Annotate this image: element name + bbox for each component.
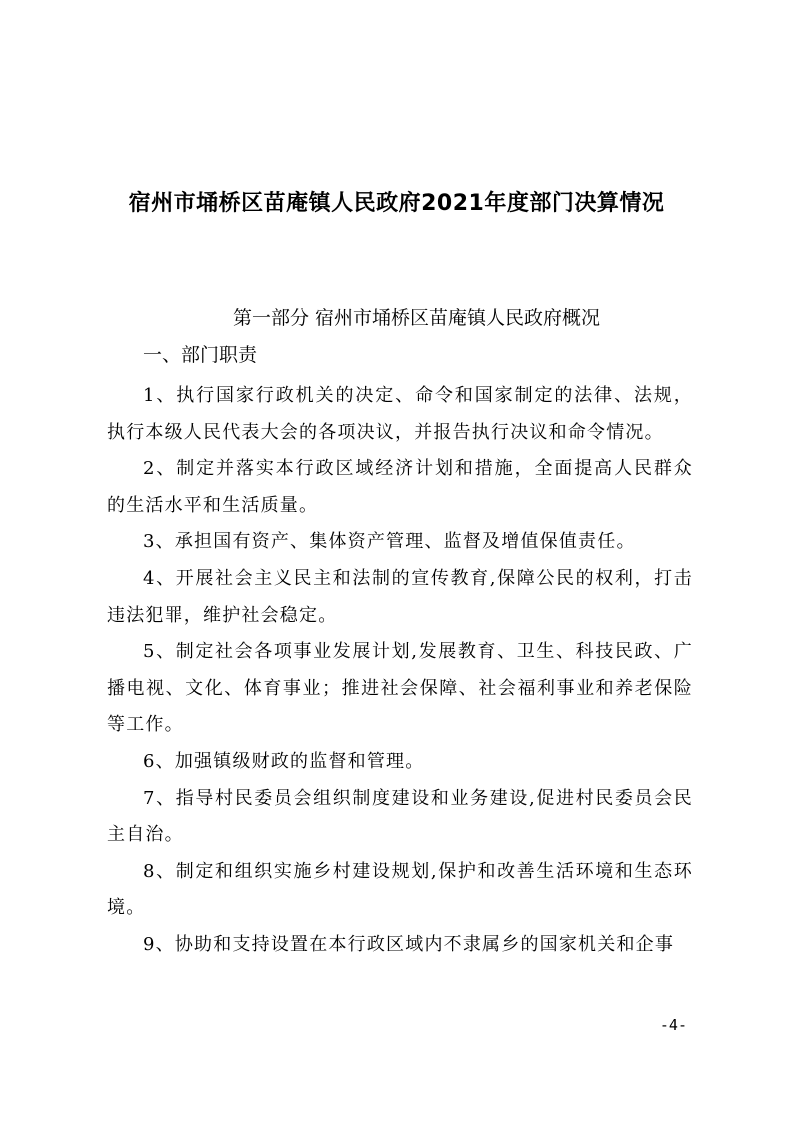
part-title: 第一部分 宿州市埇桥区苗庵镇人民政府概况 bbox=[0, 303, 793, 330]
paragraph-9: 9、协助和支持设置在本行政区域内不隶属乡的国家机关和企事 bbox=[107, 927, 693, 964]
page-number: -4- bbox=[660, 1016, 687, 1034]
paragraph-4: 4、开展社会主义民主和法制的宣传教育,保障公民的权利，打击违法犯罪，维护社会稳定… bbox=[107, 561, 693, 634]
paragraph-5: 5、制定社会各项事业发展计划,发展教育、卫生、科技民政、广播电视、文化、体育事业… bbox=[107, 634, 693, 744]
paragraph-6: 6、加强镇级财政的监督和管理。 bbox=[107, 744, 693, 781]
section-heading: 一、部门职责 bbox=[143, 340, 257, 367]
paragraph-1: 1、执行国家行政机关的决定、命令和国家制定的法律、法规，执行本级人民代表大会的各… bbox=[107, 378, 693, 451]
paragraph-8: 8、制定和组织实施乡村建设规划,保护和改善生活环境和生态环境。 bbox=[107, 854, 693, 927]
paragraph-3: 3、承担国有资产、集体资产管理、监督及增值保值责任。 bbox=[107, 524, 693, 561]
document-body: 1、执行国家行政机关的决定、命令和国家制定的法律、法规，执行本级人民代表大会的各… bbox=[107, 378, 693, 964]
paragraph-2: 2、制定并落实本行政区域经济计划和措施，全面提高人民群众的生活水平和生活质量。 bbox=[107, 451, 693, 524]
paragraph-7: 7、指导村民委员会组织制度建设和业务建设,促进村民委员会民主自治。 bbox=[107, 781, 693, 854]
document-title: 宿州市埇桥区苗庵镇人民政府2021年度部门决算情况 bbox=[0, 186, 793, 217]
